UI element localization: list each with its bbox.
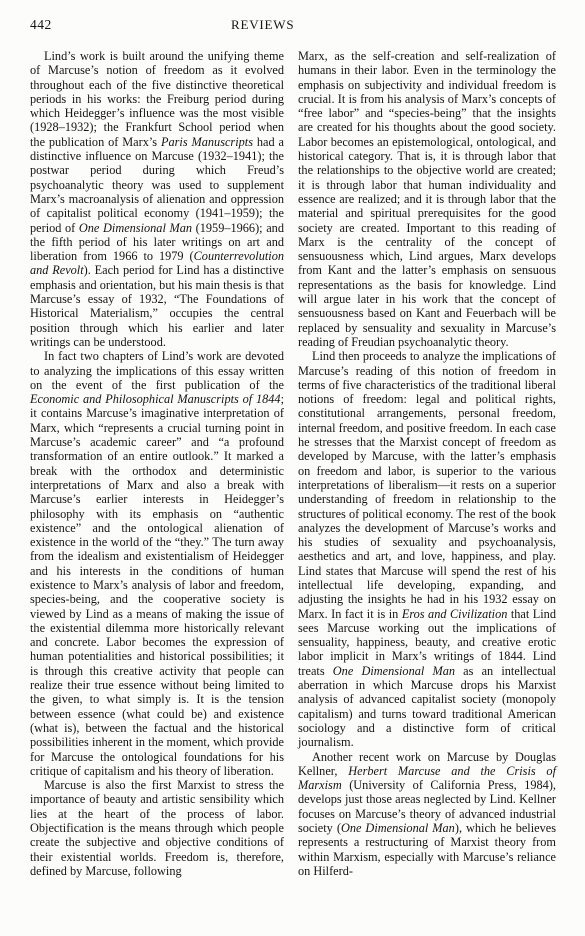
left-column: Lind’s work is built around the unifying… [30, 49, 284, 878]
paragraph-review-theme: Lind’s work is built around the unifying… [30, 49, 284, 349]
running-head: REVIEWS [231, 17, 294, 33]
journal-page: 442 REVIEWS Lind’s work is built around … [0, 0, 585, 936]
right-column: Marx, as the self-creation and self-real… [298, 49, 556, 878]
paragraph-kellner-work: Another recent work on Marcuse by Dougla… [298, 750, 556, 879]
paragraph-first-marxist: Marcuse is also the first Marxist to str… [30, 778, 284, 878]
page-number: 442 [30, 17, 52, 33]
two-column-text-body: Lind’s work is built around the unifying… [30, 49, 556, 878]
paragraph-continuation-labor: Marx, as the self-creation and self-real… [298, 49, 556, 349]
page-header: 442 REVIEWS [30, 17, 556, 34]
paragraph-five-characteristics: Lind then proceeds to analyze the implic… [298, 349, 556, 749]
paragraph-two-chapters: In fact two chapters of Lind’s work are … [30, 349, 284, 778]
